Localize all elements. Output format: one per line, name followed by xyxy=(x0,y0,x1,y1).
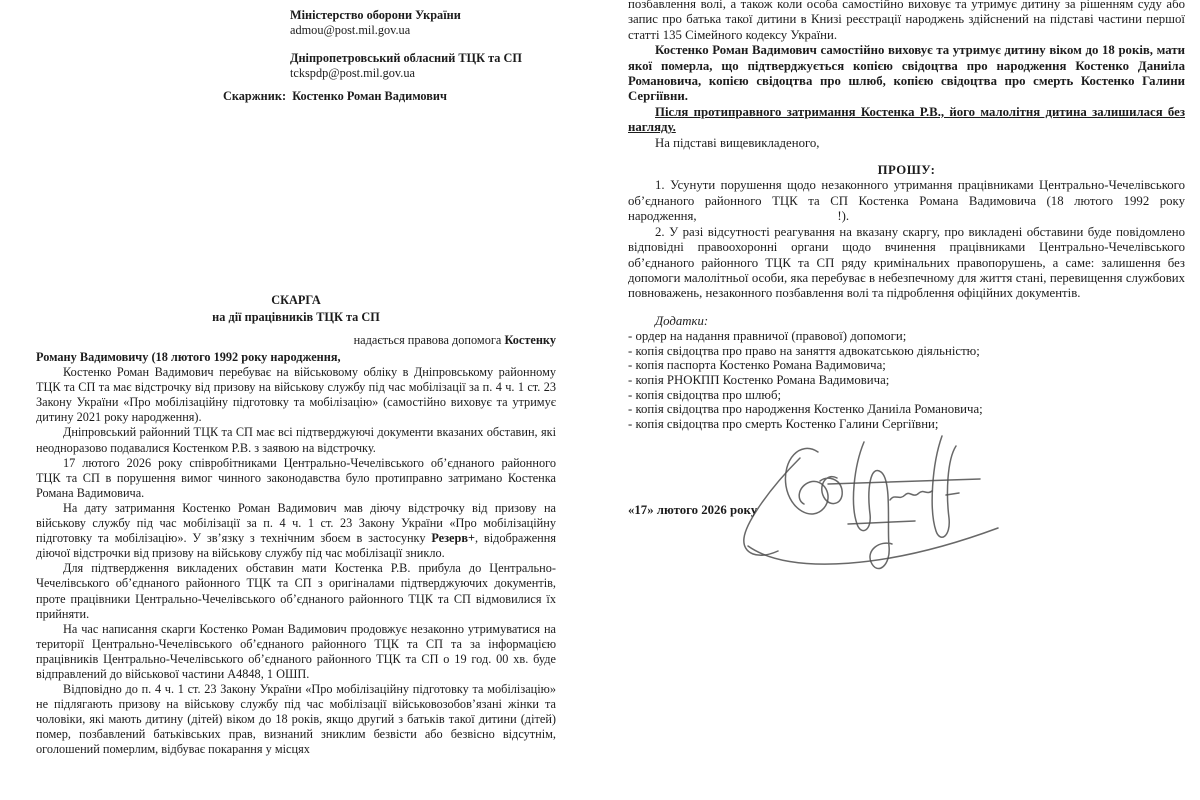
paragraph: Для підтвердження викладених обставин ма… xyxy=(36,561,556,621)
addressee-regional-tck: Дніпропетровський обласний ТЦК та СП tck… xyxy=(290,51,522,81)
paragraph: Після протиправного затримання Костенка … xyxy=(628,105,1185,136)
paragraph: На дату затримання Костенко Роман Вадимо… xyxy=(36,501,556,561)
subtitle-line: на дії працівників ТЦК та СП xyxy=(36,309,556,326)
page2-body: позбавлення волі, а також коли особа сам… xyxy=(628,0,1185,431)
addressee-email: tckspdp@post.mil.gov.ua xyxy=(290,66,522,81)
document-scan: Міністерство оборони України admou@post.… xyxy=(0,0,1200,800)
signature xyxy=(740,418,1005,613)
complainant-line: Скаржник: Костенко Роман Вадимович xyxy=(223,89,447,104)
intro-text: надається правова допомога xyxy=(354,333,505,347)
attachment-item: - копія РНОКПП Костенко Романа Вадимович… xyxy=(628,373,1185,388)
paragraph: Дніпровський районний ТЦК та СП має всі … xyxy=(36,425,556,455)
title-line: СКАРГА xyxy=(36,292,556,309)
addressee-name: Дніпропетровський обласний ТЦК та СП xyxy=(290,51,522,66)
complaint-title: СКАРГА на дії працівників ТЦК та СП xyxy=(36,292,556,325)
page-1: Міністерство оборони України admou@post.… xyxy=(36,0,556,800)
addressee-ministry: Міністерство оборони України admou@post.… xyxy=(290,8,522,38)
intro-line: надається правова допомога Костенку xyxy=(36,333,556,348)
attachment-item: - копія свідоцтва про шлюб; xyxy=(628,388,1185,403)
complainant-name: Костенко Роман Вадимович xyxy=(292,89,447,103)
attachments-label: Додатки: xyxy=(628,314,1185,329)
attachments-list: - ордер на надання правничої (правової) … xyxy=(628,329,1185,431)
date-line: «17» лютого 2026 року xyxy=(628,503,757,518)
paragraph: Костенко Роман Вадимович перебуває на ві… xyxy=(36,365,556,425)
paragraph: На підставі вищевикладеного, xyxy=(628,136,1185,151)
attachments-section: Додатки: - ордер на надання правничої (п… xyxy=(628,314,1185,432)
complainant-label: Скаржник: xyxy=(223,89,286,103)
paragraph: ПРОШУ: xyxy=(628,163,1185,178)
paragraph: Костенко Роман Вадимович самостійно вихо… xyxy=(628,43,1185,105)
intro-name: Костенку xyxy=(504,333,556,347)
addressee-block: Міністерство оборони України admou@post.… xyxy=(290,8,522,94)
addressee-email: admou@post.mil.gov.ua xyxy=(290,23,522,38)
paragraph: 2. У разі відсутності реагування на вказ… xyxy=(628,225,1185,302)
paragraph: 1. Усунути порушення щодо незаконного ут… xyxy=(628,178,1185,224)
paragraph: 17 лютого 2026 року співробітниками Цент… xyxy=(36,456,556,501)
attachment-item: - ордер на надання правничої (правової) … xyxy=(628,329,1185,344)
addressee-name: Міністерство оборони України xyxy=(290,8,522,23)
attachment-item: - копія паспорта Костенко Романа Вадимов… xyxy=(628,358,1185,373)
page-2: позбавлення волі, а також коли особа сам… xyxy=(628,0,1185,800)
paragraph: Роману Вадимовичу (18 лютого 1992 року н… xyxy=(36,350,556,365)
attachment-item: - копія свідоцтва про народження Костенк… xyxy=(628,402,1185,417)
paragraph: позбавлення волі, а також коли особа сам… xyxy=(628,0,1185,43)
paragraph: Відповідно до п. 4 ч. 1 ст. 23 Закону Ук… xyxy=(36,682,556,757)
page1-body: Роману Вадимовичу (18 лютого 1992 року н… xyxy=(36,350,556,758)
page2-paragraphs: позбавлення волі, а також коли особа сам… xyxy=(628,0,1185,302)
attachment-item: - копія свідоцтва про право на заняття а… xyxy=(628,344,1185,359)
paragraph: На час написання скарги Костенко Роман В… xyxy=(36,622,556,682)
